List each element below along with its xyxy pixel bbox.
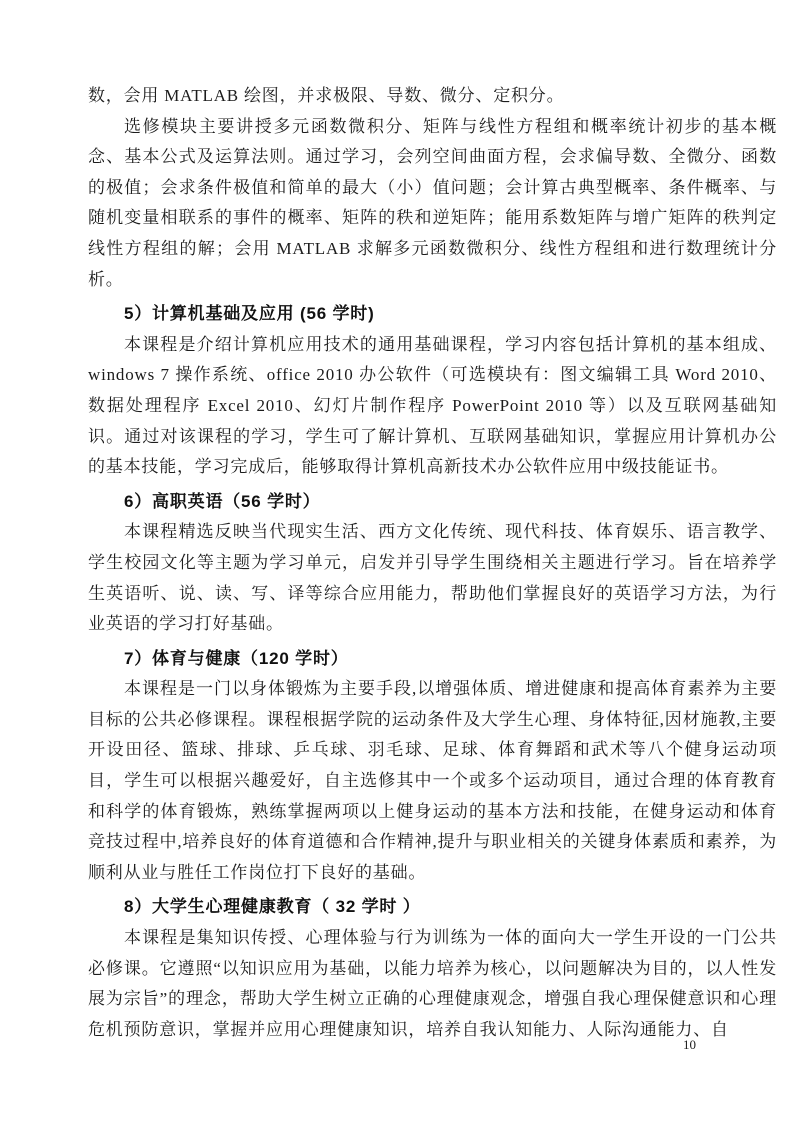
section-heading-mental-health: 8）大学生心理健康教育（ 32 学时 ） <box>88 892 777 923</box>
paragraph-mental-health: 本课程是集知识传授、心理体验与行为训练为一体的面向大一学生开设的一门公共必修课。… <box>88 923 777 1045</box>
paragraph-matlab-continued: 数，会用 MATLAB 绘图，并求极限、导数、微分、定积分。 <box>88 81 777 112</box>
page-content: 数，会用 MATLAB 绘图，并求极限、导数、微分、定积分。 选修模块主要讲授多… <box>88 81 777 1045</box>
paragraph-elective-module: 选修模块主要讲授多元函数微积分、矩阵与线性方程组和概率统计初步的基本概念、基本公… <box>88 112 777 296</box>
section-heading-computer-basics: 5）计算机基础及应用 (56 学时) <box>88 299 777 330</box>
document-page: 数，会用 MATLAB 绘图，并求极限、导数、微分、定积分。 选修模块主要讲授多… <box>0 0 793 1122</box>
section-heading-pe-health: 7）体育与健康（120 学时） <box>88 644 777 675</box>
paragraph-pe-health: 本课程是一门以身体锻炼为主要手段,以增强体质、增进健康和提高体育素养为主要目标的… <box>88 674 777 888</box>
paragraph-computer-basics: 本课程是介绍计算机应用技术的通用基础课程，学习内容包括计算机的基本组成、wind… <box>88 330 777 483</box>
page-number: 10 <box>683 1036 696 1054</box>
paragraph-vocational-english: 本课程精选反映当代现实生活、西方文化传统、现代科技、体育娱乐、语言教学、学生校园… <box>88 517 777 639</box>
section-heading-vocational-english: 6）高职英语（56 学时） <box>88 487 777 518</box>
